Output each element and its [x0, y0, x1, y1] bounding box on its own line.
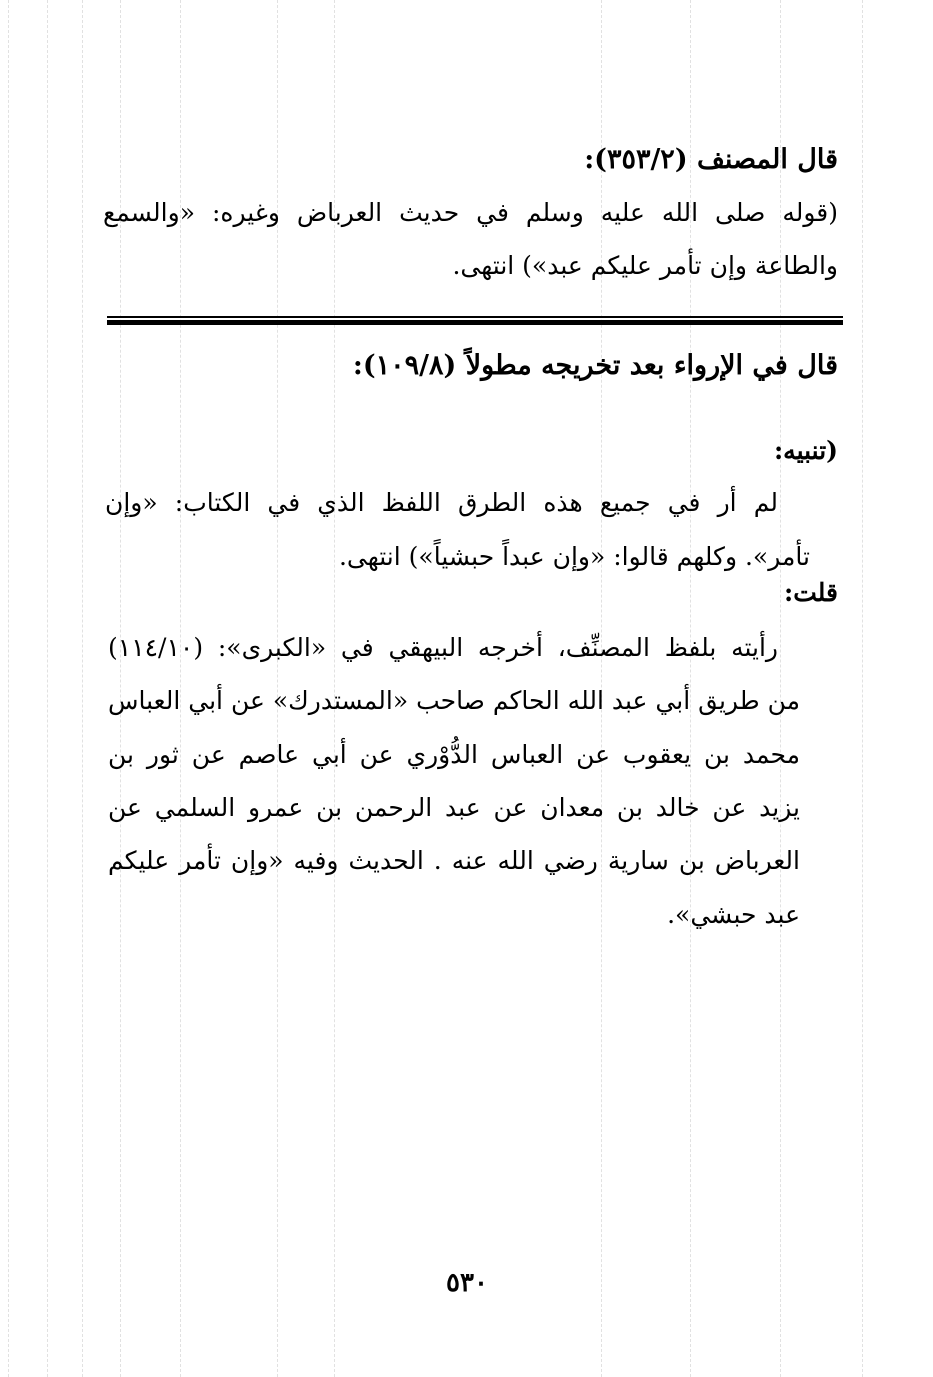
- qult-label: قلت:: [784, 580, 838, 605]
- qult-line-2: من طريق أبي عبد الله الحاكم صاحب «المستد…: [108, 688, 800, 713]
- note-label: (تنبيه:: [774, 438, 838, 463]
- section1-heading: قال المصنف (٣٥٣/٢):: [584, 146, 838, 173]
- section1-quote-line-2: والطاعة وإن تأمر عليكم عبد») انتهى.: [452, 253, 838, 278]
- page-number: ٥٣٠: [432, 1268, 502, 1298]
- qult-line-6: عبد حبشي».: [667, 902, 800, 927]
- section1-quote-line-1: (قوله صلى الله عليه وسلم في حديث العرباض…: [103, 200, 838, 225]
- section2-heading: قال في الإرواء بعد تخريجه مطولاً (١٠٩/٨)…: [353, 352, 838, 379]
- qult-line-5: العرباض بن سارية رضي الله عنه . الحديث و…: [108, 848, 800, 873]
- note-line-2: تأمر». وكلهم قالوا: «وإن عبداً حبشياً») …: [339, 544, 810, 569]
- scan-artifact-line: [47, 0, 48, 1377]
- scan-artifact-line: [862, 0, 863, 1377]
- qult-line-4: يزيد عن خالد بن معدان عن عبد الرحمن بن ع…: [108, 795, 800, 820]
- scanned-book-page: قال المصنف (٣٥٣/٢): (قوله صلى الله عليه …: [0, 0, 933, 1377]
- section-divider-thick: [107, 320, 843, 325]
- note-line-1: لم أر في جميع هذه الطرق اللفظ الذي في ال…: [105, 490, 778, 515]
- qult-line-1: رأيته بلفظ المصنِّف، أخرجه البيهقي في «ا…: [108, 635, 778, 660]
- scan-artifact-line: [8, 0, 9, 1377]
- scan-artifact-line: [82, 0, 83, 1377]
- section-divider-thin: [107, 316, 843, 318]
- qult-line-3: محمد بن يعقوب عن العباس الدُّوْري عن أبي…: [108, 742, 800, 767]
